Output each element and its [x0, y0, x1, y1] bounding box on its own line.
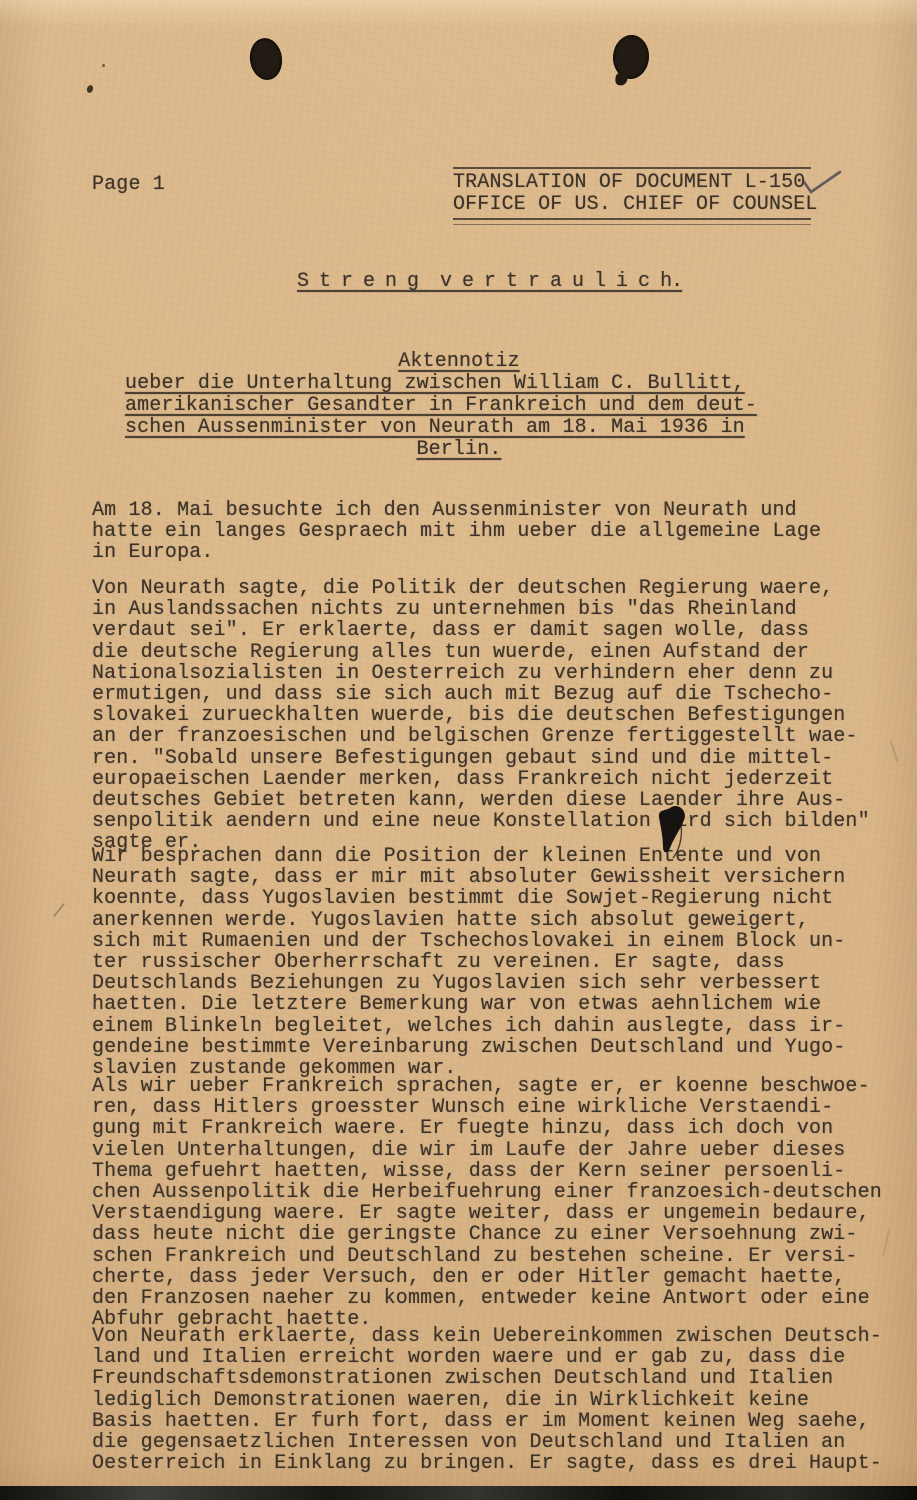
- document-paragraph-2: Von Neurath sagte, die Politik der deuts…: [92, 578, 870, 854]
- classification-heading: S t r e n g v e r t r a u l i c h.: [297, 271, 682, 292]
- ink-speck: [86, 84, 94, 94]
- paper-scratch: [890, 740, 898, 761]
- stamp-underline-rule: [453, 218, 811, 225]
- punch-hole-right-icon: [612, 34, 651, 80]
- ink-speck: [102, 64, 105, 67]
- paper-scratch: [882, 1230, 889, 1256]
- punch-hole-left-icon: [247, 36, 285, 82]
- stamp-line-1: TRANSLATION OF DOCUMENT L-150: [453, 172, 811, 194]
- stamp-line-2: OFFICE OF US. CHIEF OF COUNSEL: [453, 194, 811, 216]
- document-paragraph-3: Wir besprachen dann die Position der kle…: [92, 846, 845, 1079]
- title-line-4: schen Aussenminister von Neurath am 18. …: [125, 416, 745, 439]
- document-paragraph-5: Von Neurath erklaerte, dass kein Ueberei…: [92, 1326, 882, 1474]
- pen-checkmark-icon: [798, 168, 844, 198]
- paper-top-highlight: [0, 0, 917, 26]
- title-line-1: Aktennotiz: [398, 350, 520, 373]
- title-line-5: Berlin.: [416, 438, 501, 461]
- page-number-label: Page 1: [92, 174, 165, 195]
- ink-blot-mark: [648, 804, 694, 868]
- document-scan-page: Page 1 TRANSLATION OF DOCUMENT L-150 OFF…: [0, 0, 917, 1500]
- memo-title: Aktennotiz ueber die Unterhaltung zwisch…: [125, 351, 793, 461]
- document-paragraph-4: Als wir ueber Frankreich sprachen, sagte…: [92, 1076, 882, 1330]
- photo-edge-bottom: [0, 1486, 917, 1500]
- paper-scratch: [53, 903, 64, 917]
- document-paragraph-1: Am 18. Mai besuchte ich den Aussenminist…: [92, 500, 821, 564]
- translation-stamp: TRANSLATION OF DOCUMENT L-150 OFFICE OF …: [453, 167, 811, 225]
- title-line-2: ueber die Unterhaltung zwischen William …: [125, 372, 745, 395]
- title-line-3: amerikanischer Gesandter in Frankreich u…: [125, 394, 757, 417]
